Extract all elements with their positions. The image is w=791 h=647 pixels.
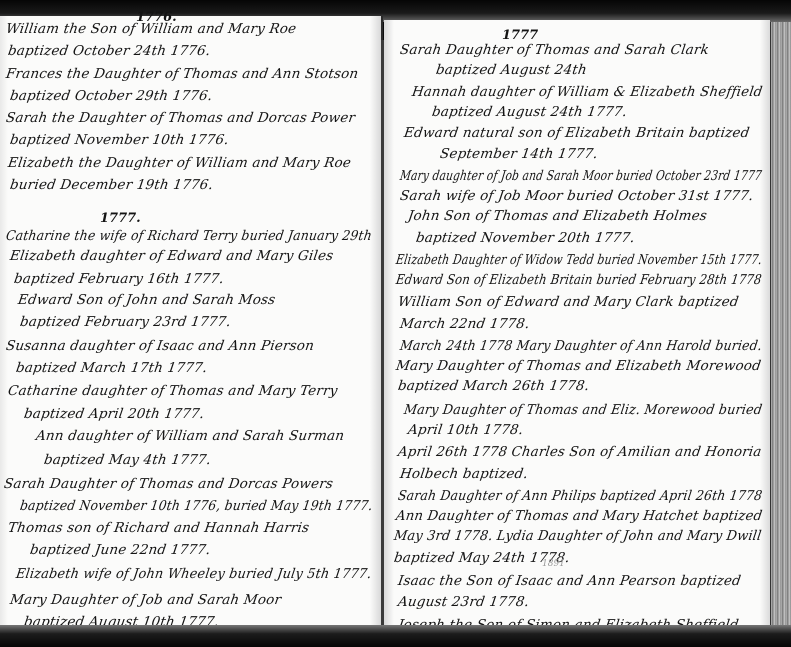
register-line: baptized November 10th 1776.: [9, 132, 230, 148]
register-line: baptized February 16th 1777.: [13, 271, 225, 287]
register-line: baptized August 24th 1777.: [431, 104, 628, 120]
year-heading-1777: 1777.: [100, 211, 141, 226]
register-line: Ann Daughter of Thomas and Mary Hatchet …: [395, 508, 764, 524]
register-line: Sarah Daughter of Ann Philips baptized A…: [397, 488, 763, 504]
register-line: Mary Daughter of Thomas and Eliz. Morewo…: [403, 402, 763, 418]
register-line: Elizabeth daughter of Edward and Mary Gi…: [9, 248, 335, 264]
register-line: Susanna daughter of Isaac and Ann Pierso…: [5, 338, 315, 354]
register-line: April 26th 1778 Charles Son of Amilian a…: [397, 444, 763, 460]
page-edges: [770, 22, 791, 634]
register-line: May 3rd 1778. Lydia Daughter of John and…: [393, 528, 763, 544]
book-bottom-shadow: [0, 625, 791, 647]
register-line: Isaac the Son of Isaac and Ann Pearson b…: [397, 573, 742, 589]
faint-stamp: 1891: [542, 560, 565, 569]
register-line: April 10th 1778.: [407, 422, 524, 438]
register-line: Edward Son of Elizabeth Britain buried F…: [395, 272, 763, 288]
register-line: Sarah wife of Job Moor buried October 31…: [399, 188, 755, 204]
register-line: baptized April 20th 1777.: [23, 406, 205, 422]
register-line: August 23rd 1778.: [397, 594, 530, 610]
register-line: William the Son of William and Mary Roe: [5, 21, 298, 37]
register-line: Sarah Daughter of Thomas and Sarah Clark: [399, 42, 710, 58]
register-line: Mary Daughter of Thomas and Elizabeth Mo…: [395, 358, 762, 374]
register-line: John Son of Thomas and Elizabeth Holmes: [407, 208, 708, 224]
register-line: baptized February 23rd 1777.: [19, 314, 232, 330]
year-heading-right: 1777: [502, 28, 538, 43]
register-line: baptized August 24th: [435, 62, 588, 78]
register-line: Sarah the Daughter of Thomas and Dorcas …: [5, 110, 356, 126]
register-line: baptized November 20th 1777.: [415, 230, 636, 246]
register-line: baptized March 26th 1778.: [397, 378, 590, 394]
right-page: 1777 Sarah Daughter of Thomas and Sarah …: [384, 20, 770, 627]
register-line: baptized October 24th 1776.: [7, 43, 212, 59]
register-line: baptized June 22nd 1777.: [29, 542, 212, 558]
register-line: Mary Daughter of Job and Sarah Moor: [9, 592, 282, 608]
register-line: September 14th 1777.: [439, 146, 599, 162]
register-line: Elizabeth the Daughter of William and Ma…: [7, 155, 352, 171]
register-line: Sarah Daughter of Thomas and Dorcas Powe…: [3, 476, 334, 492]
register-line: Catharine the wife of Richard Terry buri…: [5, 228, 373, 244]
register-line: baptized November 10th 1776, buried May …: [19, 498, 374, 514]
register-line: baptized March 17th 1777.: [15, 360, 208, 376]
register-line: Catharine daughter of Thomas and Mary Te…: [7, 383, 339, 399]
register-line: Holbech baptized.: [399, 466, 529, 482]
register-line: Thomas son of Richard and Hannah Harris: [7, 520, 310, 536]
register-line: baptized May 4th 1777.: [43, 452, 212, 468]
register-line: Ann daughter of William and Sarah Surman: [35, 428, 345, 444]
register-line: March 22nd 1778.: [399, 316, 531, 332]
register-line: Elizabeth wife of John Wheeley buried Ju…: [15, 566, 373, 582]
register-line: buried December 19th 1776.: [9, 177, 214, 193]
register-line: William Son of Edward and Mary Clark bap…: [397, 294, 740, 310]
register-line: baptized October 29th 1776.: [9, 88, 214, 104]
register-line: March 24th 1778 Mary Daughter of Ann Har…: [399, 338, 763, 354]
register-line: Edward natural son of Elizabeth Britain …: [403, 125, 751, 141]
register-line: Edward Son of John and Sarah Moss: [17, 292, 277, 308]
register-line: Elizabeth Daughter of Widow Tedd buried …: [395, 252, 763, 268]
register-line: Frances the Daughter of Thomas and Ann S…: [5, 66, 360, 82]
register-line: Mary daughter of Job and Sarah Moor buri…: [399, 168, 763, 184]
left-page: 1776. William the Son of William and Mar…: [0, 16, 383, 626]
register-line: Hannah daughter of William & Elizabeth S…: [411, 84, 764, 100]
